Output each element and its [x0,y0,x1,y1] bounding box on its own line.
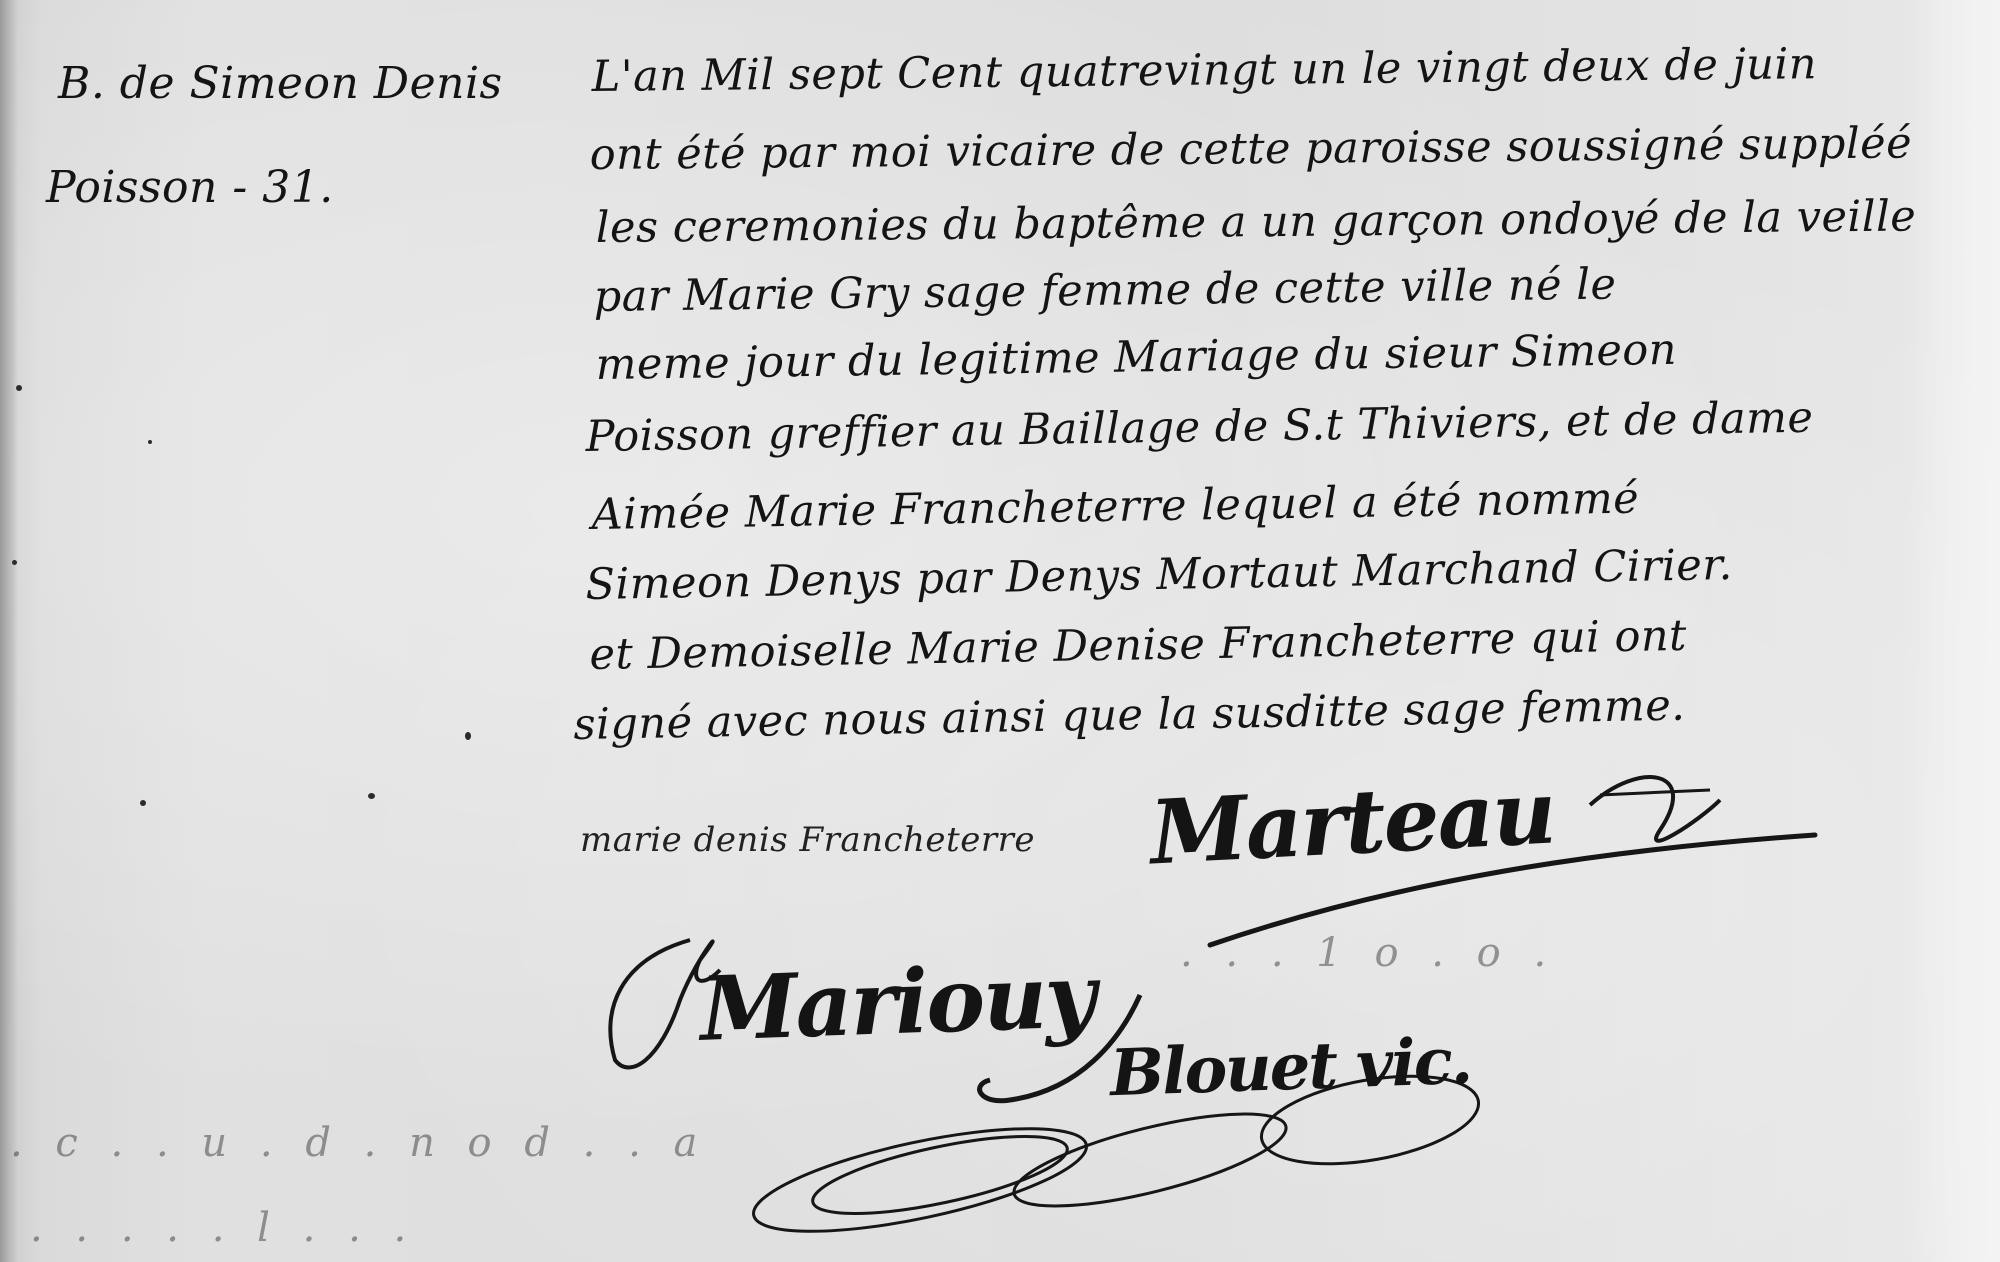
signature-blouet-vicaire: Blouet vic. [1109,1024,1472,1112]
register-page: B. de Simeon Denis Poisson - 31. L'an Mi… [0,0,2000,1262]
bleed-through-text: . . . . . l . . . [30,1205,416,1251]
bleed-through-text: . . . 1 o . o . [1180,930,1556,976]
bleed-through-text: . c . . u . d . n o d . . a [10,1120,707,1166]
signature-underline-flourish [0,0,2000,1262]
signature-mariouy: Mariouy [698,943,1095,1061]
